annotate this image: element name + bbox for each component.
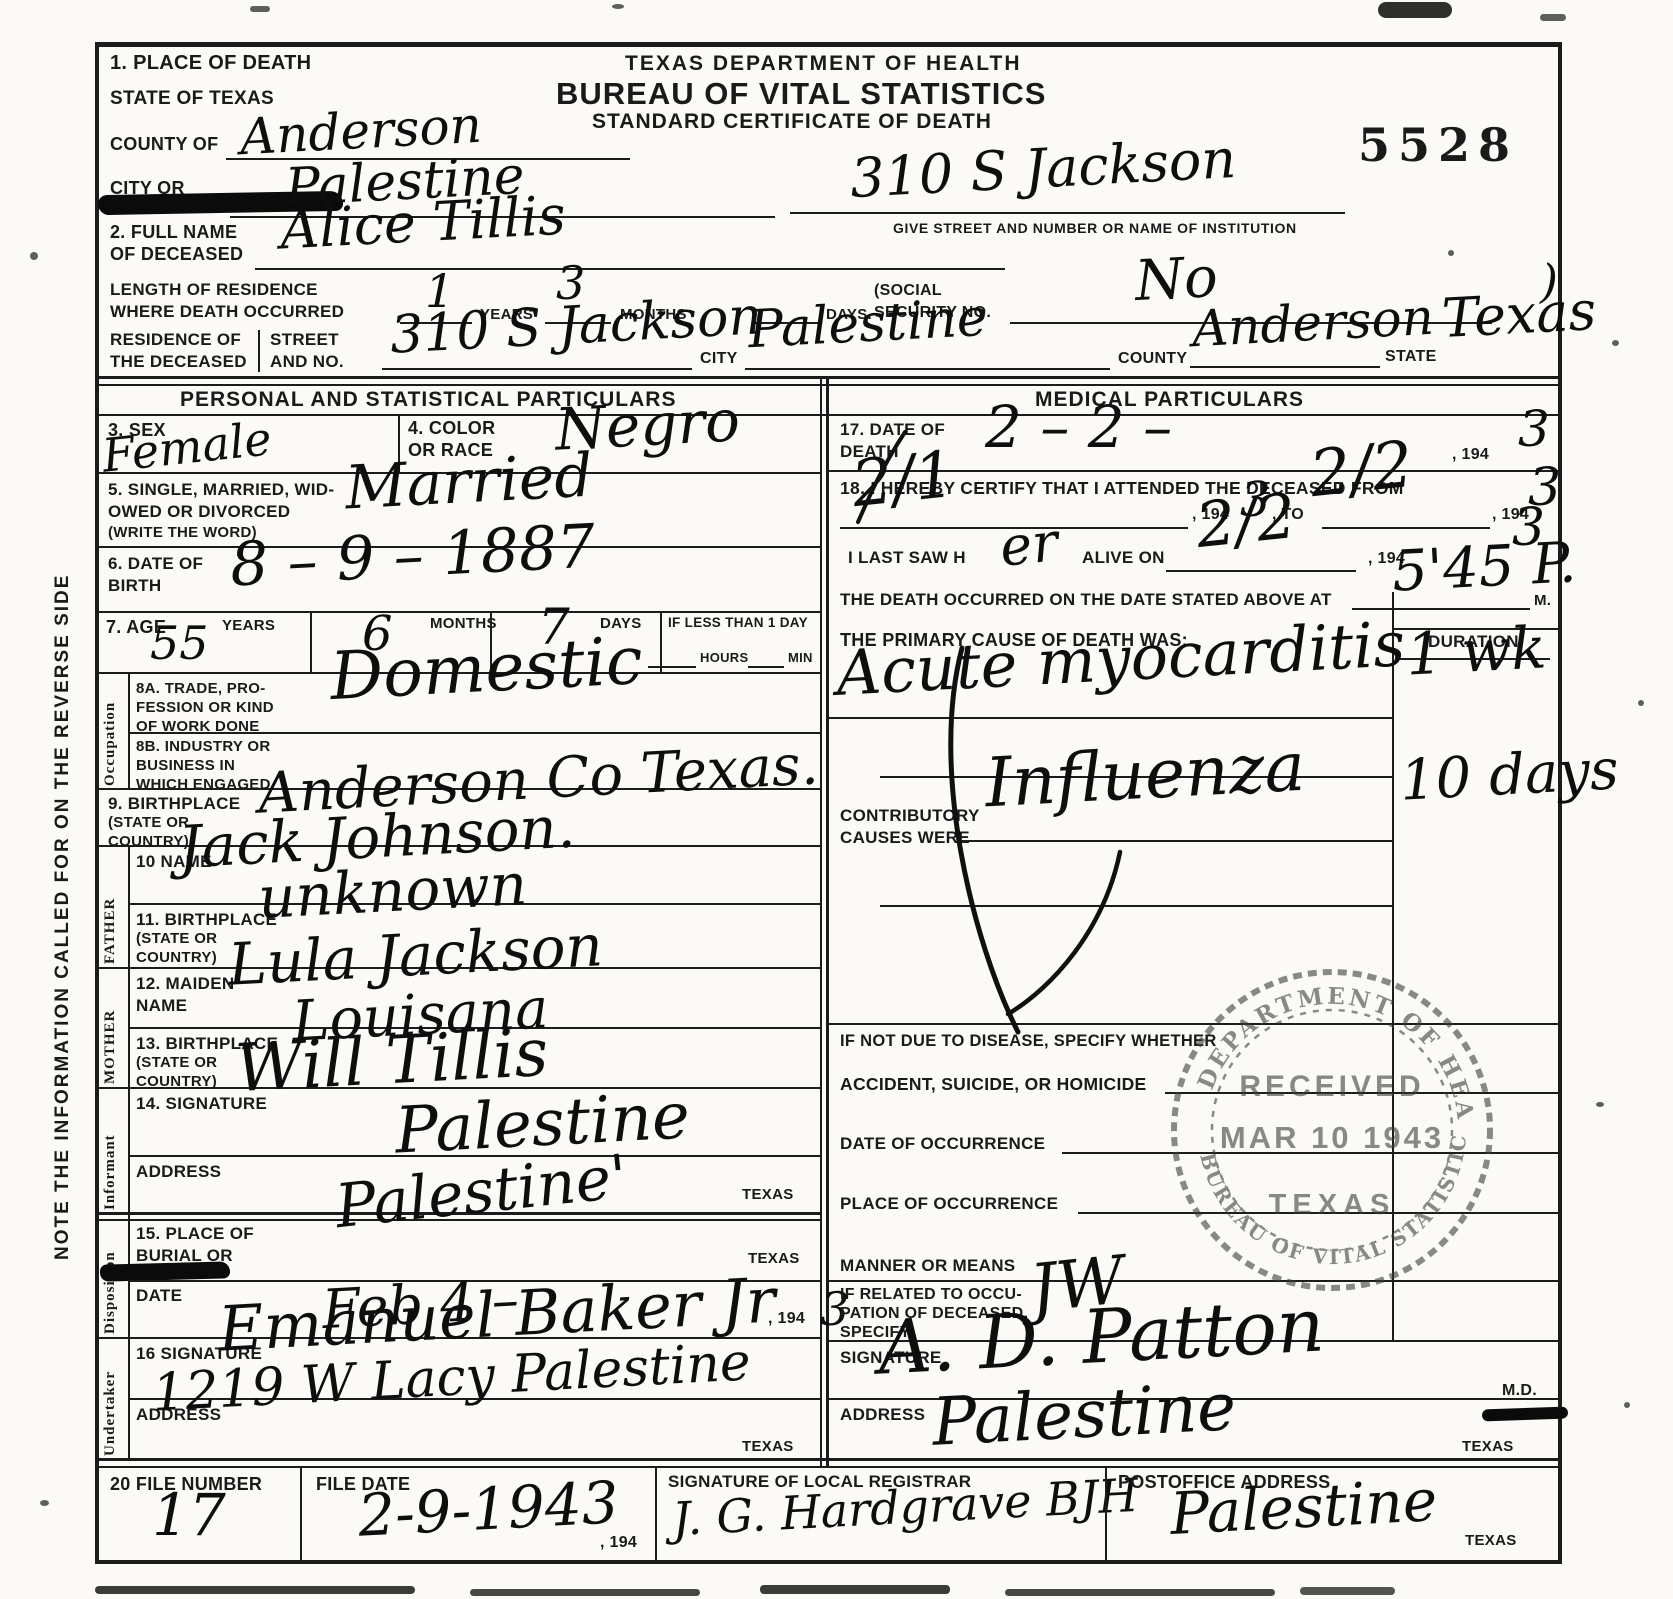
- label-maiden-2: NAME: [136, 996, 187, 1016]
- label-street-1: STREET: [270, 330, 339, 350]
- value-res-city: Palestine: [747, 292, 989, 356]
- stamp-received: RECEIVED: [1239, 1070, 1424, 1103]
- value-street-top: 310 S Jackson: [849, 132, 1238, 206]
- fill-line: [960, 840, 1392, 842]
- rule: [828, 1023, 1558, 1025]
- scan-noise: [612, 4, 624, 9]
- fill-line: [880, 905, 1392, 907]
- border-top: [95, 42, 1562, 47]
- value-attended-from: 2/1: [849, 443, 958, 517]
- label-res-state: STATE: [1385, 348, 1437, 366]
- label-res-county: COUNTY: [1118, 350, 1187, 368]
- side-label-undertaker: Undertaker: [102, 1342, 119, 1456]
- label-last-saw: I LAST SAW H: [848, 548, 966, 568]
- value-dod-year: 3: [1518, 404, 1550, 454]
- fill-line: [1165, 1092, 1558, 1094]
- street-line: [790, 212, 1345, 214]
- value-burial-place: Palestine': [333, 1147, 631, 1237]
- value-contributory: Influenza: [983, 734, 1306, 819]
- value-contributory-duration: 10 days: [1399, 742, 1620, 809]
- side-label-father: FATHER: [102, 852, 119, 964]
- label-industry-2: BUSINESS IN: [136, 757, 235, 774]
- border-bottom: [95, 1560, 1562, 1564]
- hours-line: [648, 666, 696, 668]
- label-color-1: 4. COLOR: [408, 418, 495, 439]
- value-date-of-death: 2 – 2 –: [985, 398, 1172, 456]
- res-street-line: [382, 368, 692, 370]
- scan-noise: [1596, 1102, 1604, 1107]
- reverse-side-note: NOTE THE INFORMATION CALLED FOR ON THE R…: [52, 290, 74, 1260]
- scan-noise: [470, 1589, 700, 1596]
- label-street-2: AND NO.: [270, 352, 344, 372]
- stamp-arc-bottom: BUREAU OF VITAL STATISTICS: [1148, 946, 1471, 1269]
- label-length-res-2: WHERE DEATH OCCURRED: [110, 302, 344, 322]
- title-line1: TEXAS DEPARTMENT OF HEALTH: [625, 52, 1022, 76]
- scan-noise: [1448, 250, 1454, 256]
- label-dod-1: 17. DATE OF: [840, 420, 945, 440]
- scan-noise: [1624, 1402, 1630, 1408]
- label-informant-texas: TEXAS: [742, 1186, 794, 1203]
- fill-line: [1322, 527, 1490, 529]
- side-label-mother: MOTHER: [102, 972, 119, 1084]
- value-attended-to: 2/2: [1307, 433, 1416, 507]
- scan-noise: [1005, 1589, 1275, 1596]
- label-undertaker-texas: TEXAS: [742, 1438, 794, 1455]
- stamp-date: MAR 10 1943: [1220, 1120, 1444, 1155]
- label-accident: ACCIDENT, SUICIDE, OR HOMICIDE: [840, 1074, 1147, 1095]
- value-full-name: Alice Tillis: [279, 189, 567, 258]
- label-state-or-13: (STATE OR: [136, 1054, 217, 1071]
- value-md-signature: A. D. Patton: [876, 1288, 1326, 1385]
- svg-text:BUREAU OF VITAL STATISTICS: BUREAU OF VITAL STATISTICS: [1148, 946, 1471, 1269]
- value-death-time: 5'45 P.: [1391, 535, 1578, 601]
- rule: [828, 1280, 1558, 1282]
- bottom-divider: [655, 1466, 657, 1560]
- value-res-county: Anderson: [1191, 292, 1435, 355]
- value-md-address: Palestine: [930, 1374, 1237, 1456]
- label-postoffice-texas: TEXAS: [1465, 1532, 1517, 1549]
- label-full-name-1: 2. FULL NAME: [110, 222, 237, 243]
- label-marital-1: 5. SINGLE, MARRIED, WID-: [108, 480, 334, 500]
- label-dob-1: 6. DATE OF: [108, 554, 203, 574]
- stamp-texas: TEXAS: [1269, 1189, 1396, 1221]
- bottom-divider: [1105, 1466, 1107, 1560]
- label-state-of-texas: STATE OF TEXAS: [110, 88, 274, 110]
- label-dod-194: , 194: [1452, 446, 1489, 464]
- value-file-number: 17: [152, 1486, 226, 1544]
- bottom-divider: [300, 1466, 302, 1560]
- fill-line: [828, 717, 1392, 719]
- label-length-res-1: LENGTH OF RESIDENCE: [110, 280, 318, 300]
- label-filedate-194: , 194: [600, 1534, 637, 1552]
- label-trade-1: 8A. TRADE, PRO-: [136, 680, 266, 697]
- label-full-name-2: OF DECEASED: [110, 244, 243, 265]
- md-strikeout: [1482, 1407, 1568, 1422]
- label-place-of-death: 1. PLACE OF DEATH: [110, 52, 311, 75]
- value-marital: Married: [344, 446, 594, 519]
- scan-noise: [1378, 2, 1452, 18]
- label-age-years: YEARS: [222, 617, 275, 634]
- label-state-or-11: (STATE OR: [136, 930, 217, 947]
- label-death-occurred: THE DEATH OCCURRED ON THE DATE STATED AB…: [840, 590, 1332, 610]
- rule: [95, 1458, 1562, 1461]
- value-mother-maiden: Lula Jackson: [227, 916, 604, 994]
- rule: [95, 611, 820, 613]
- res-county-line: [1190, 366, 1380, 368]
- full-name-line: [255, 268, 1005, 270]
- label-contributory-2: CAUSES WERE: [840, 828, 970, 848]
- label-industry-1: 8B. INDUSTRY OR: [136, 738, 271, 755]
- label-md-address: ADDRESS: [840, 1405, 925, 1425]
- label-residence-1: RESIDENCE OF: [110, 330, 241, 350]
- label-manner: MANNER OR MEANS: [840, 1256, 1015, 1276]
- scan-noise: [1612, 340, 1619, 346]
- label-county-of: COUNTY OF: [110, 134, 218, 155]
- death-certificate-scan: NOTE THE INFORMATION CALLED FOR ON THE R…: [0, 0, 1673, 1599]
- label-place-occurrence: PLACE OF OCCURRENCE: [840, 1194, 1058, 1214]
- scan-noise: [95, 1586, 415, 1594]
- scan-noise: [1540, 14, 1566, 21]
- value-age-years: 55: [150, 620, 209, 666]
- label-trade-2: FESSION OR KIND: [136, 699, 274, 716]
- redaction-burial: [100, 1261, 230, 1281]
- value-postoffice: Palestine: [1169, 1471, 1439, 1543]
- label-m-suffix: M.: [1534, 592, 1551, 609]
- label-if-not-due: IF NOT DUE TO DISEASE, SPECIFY WHETHER: [840, 1032, 1217, 1051]
- label-date-occurrence: DATE OF OCCURRENCE: [840, 1134, 1045, 1154]
- value-cause: Acute myocarditis: [835, 613, 1407, 705]
- residence-brace: [258, 330, 260, 372]
- scan-noise: [30, 252, 38, 260]
- scan-noise: [1638, 700, 1644, 706]
- fill-line: [1166, 570, 1356, 572]
- scan-noise: [250, 6, 270, 12]
- label-birthplace-11: 11. BIRTHPLACE: [136, 910, 277, 930]
- label-if-less: IF LESS THAN 1 DAY: [668, 615, 808, 630]
- scan-noise: [760, 1585, 950, 1594]
- label-give-street: GIVE STREET AND NUMBER OR NAME OF INSTIT…: [893, 220, 1297, 236]
- label-country-11: COUNTRY): [136, 949, 217, 966]
- age-divider: [660, 611, 662, 672]
- label-res-city: CITY: [700, 350, 738, 368]
- value-cause-duration: 1 wk: [1405, 618, 1548, 683]
- fill-line: [1062, 1152, 1558, 1154]
- scan-noise: [1300, 1587, 1395, 1595]
- label-alive-on: ALIVE ON: [1082, 548, 1165, 568]
- side-strip-line: [128, 672, 130, 788]
- label-burial-date: DATE: [136, 1286, 182, 1306]
- side-label-informant: Informant: [102, 1092, 119, 1210]
- certificate-number: 5528: [1358, 118, 1518, 172]
- rule: [95, 1466, 1562, 1468]
- label-industry-3: WHICH ENGAGED: [136, 776, 271, 793]
- label-burial-1: 15. PLACE OF: [136, 1224, 254, 1244]
- value-file-date: 2-9-1943: [357, 1473, 620, 1545]
- rule: [128, 732, 820, 734]
- value-last-saw-date: 2/2: [1193, 485, 1299, 557]
- title-line3: STANDARD CERTIFICATE OF DEATH: [592, 110, 992, 134]
- side-strip-line: [128, 845, 130, 1458]
- res-city-line: [745, 368, 1110, 370]
- label-marital-2: OWED OR DIVORCED: [108, 502, 290, 522]
- min-line: [748, 666, 784, 668]
- fill-line: [1078, 1212, 1558, 1214]
- received-stamp: DEPARTMENT OF HEALTH BUREAU OF VITAL STA…: [1148, 946, 1516, 1314]
- label-hours: HOURS: [700, 650, 748, 665]
- label-contributory-1: CONTRIBUTORY: [840, 806, 980, 826]
- value-dob: 8 – 9 – 1887: [229, 516, 597, 595]
- label-md-texas: TEXAS: [1462, 1438, 1514, 1455]
- scan-noise: [40, 1500, 49, 1506]
- duration-box-line: [1392, 592, 1394, 1340]
- border-left: [95, 42, 99, 1564]
- side-label-occupation: Occupation: [102, 676, 119, 786]
- label-maiden-1: 12. MAIDEN: [136, 974, 234, 994]
- label-residence-2: THE DECEASED: [110, 352, 247, 372]
- title-line2: BUREAU OF VITAL STATISTICS: [556, 76, 1046, 112]
- label-informant-address: ADDRESS: [136, 1162, 221, 1182]
- label-min: MIN: [788, 650, 813, 665]
- value-res-state: Texas: [1441, 284, 1598, 346]
- label-dob-2: BIRTH: [108, 576, 161, 596]
- value-trade: Domestic: [328, 628, 644, 710]
- age-divider: [310, 611, 312, 672]
- value-last-saw-h: er: [997, 515, 1060, 575]
